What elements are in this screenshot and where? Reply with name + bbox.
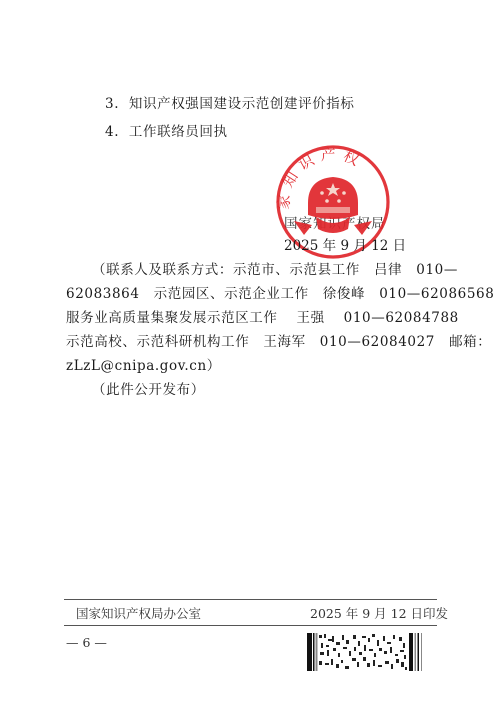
attachment-item-3: 3. 知识产权强国建设示范创建评价指标 xyxy=(105,96,355,112)
footer-bottom-rule xyxy=(64,625,437,626)
footer-issue-date: 2025 年 9 月 12 日印发 xyxy=(310,604,448,622)
footer-issuer: 国家知识产权局办公室 xyxy=(76,604,201,622)
contact-line-4: 示范高校、示范科研机构工作 王海军 010—62084027 邮箱： xyxy=(66,334,438,350)
barcode-icon xyxy=(307,633,425,671)
publication-note: （此件公开发布） xyxy=(92,382,205,398)
contact-line-3: 服务业高质量集聚发展示范区工作 王强 010—62084788 xyxy=(66,310,438,326)
attachment-item-4: 4. 工作联络员回执 xyxy=(105,124,228,140)
contact-line-2: 62083864 示范园区、示范企业工作 徐俊峰 010—62086568 xyxy=(66,286,438,302)
contact-email-line: zLzL@cnipa.gov.cn） xyxy=(66,358,438,374)
signature-date: 2025 年 9 月 12 日 xyxy=(284,234,406,254)
contact-line-1: （联系人及联系方式：示范市、示范县工作 吕律 010— xyxy=(66,262,438,278)
attachment-title: 知识产权强国建设示范创建评价指标 xyxy=(129,96,355,112)
footer-top-rule xyxy=(64,599,437,600)
page-number: — 6 — xyxy=(66,635,107,650)
attachment-title: 工作联络员回执 xyxy=(129,124,228,140)
attachment-number: 4. xyxy=(105,124,119,140)
attachment-number: 3. xyxy=(105,96,119,112)
